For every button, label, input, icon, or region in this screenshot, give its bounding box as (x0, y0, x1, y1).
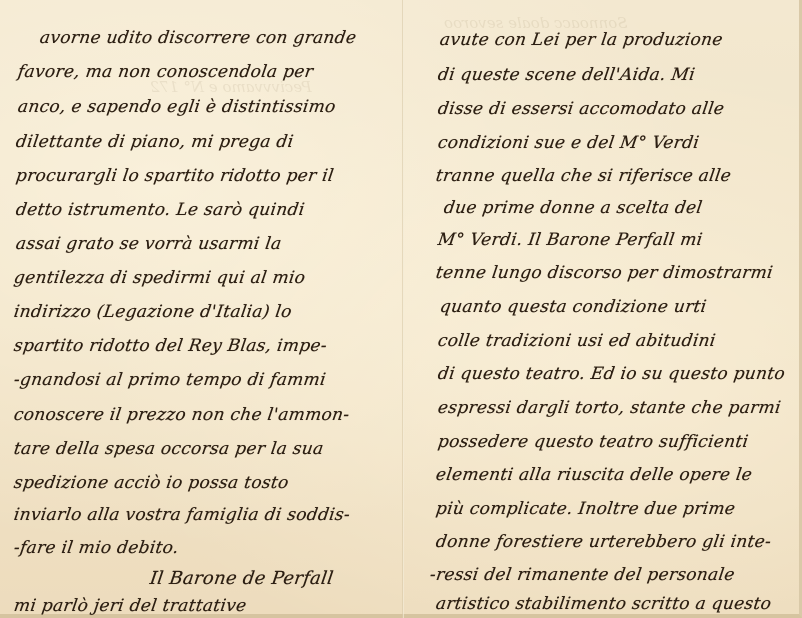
handwritten-line: inviarlo alla vostra famiglia di soddis- (13, 505, 352, 525)
handwritten-line: -gnandosi al primo tempo di fammi (13, 370, 328, 390)
handwritten-line: artistico stabilimento scritto a questo (435, 594, 773, 614)
handwritten-line: quanto questa condizione urti (439, 297, 708, 317)
handwritten-line: avute con Lei per la produzione (439, 30, 725, 50)
letter-sheet: Pecivvvamo e N° 172 avorne udito discorr… (0, 0, 802, 618)
handwritten-line: spartito ridotto del Rey Blas, impe- (13, 336, 329, 356)
handwritten-line: colle tradizioni usi ed abitudini (437, 331, 717, 351)
handwritten-line: avorne udito discorrere con grande (39, 28, 358, 48)
handwritten-line: assai grato se vorrà usarmi la (15, 234, 283, 254)
handwritten-line: espressi dargli torto, stante che parmi (437, 398, 783, 418)
handwritten-line: mi parlò jeri del trattative (13, 596, 248, 616)
handwritten-line: favore, ma non conoscendola per (17, 62, 315, 82)
handwritten-line: gentilezza di spedirmi qui al mio (13, 268, 307, 288)
handwritten-line: disse di essersi accomodato alle (437, 99, 726, 119)
right-page: Sonnoacc doale sevoroo avute con Lei per… (404, 0, 802, 618)
handwritten-line: conoscere il prezzo non che l'ammon- (13, 405, 351, 425)
handwritten-line: tranne quella che si riferisce alle (435, 166, 733, 186)
handwritten-line: di queste scene dell'Aida. Mi (437, 65, 697, 85)
handwritten-line: tare della spesa occorsa per la sua (13, 439, 325, 459)
handwritten-line: condizioni sue e del M° Verdi (437, 133, 701, 153)
handwritten-line: detto istrumento. Le sarò quindi (15, 200, 306, 220)
handwritten-line: M° Verdi. Il Barone Perfall mi (437, 230, 704, 250)
handwritten-line: dilettante di piano, mi prega di (15, 132, 295, 152)
handwritten-line: -fare il mio debito. (13, 538, 180, 558)
handwritten-line: indirizzo (Legazione d'Italia) lo (13, 302, 294, 322)
handwritten-line: elementi alla riuscita delle opere le (435, 465, 754, 485)
handwritten-line: -ressi del rimanente del personale (429, 565, 736, 585)
handwritten-line: possedere questo teatro sufficienti (437, 432, 750, 452)
handwritten-line: due prime donne a scelta del (443, 198, 704, 218)
handwritten-line: spedizione acciò io possa tosto (13, 473, 290, 493)
handwritten-line: tenne lungo discorso per dimostrarmi (435, 263, 775, 283)
handwritten-line: procurargli lo spartito ridotto per il (15, 166, 335, 186)
left-page: Pecivvvamo e N° 172 avorne udito discorr… (0, 0, 400, 618)
handwritten-line: donne forestiere urterebbero gli inte- (435, 532, 773, 552)
handwritten-line: di questo teatro. Ed io su questo punto (437, 364, 787, 384)
handwritten-line: anco, e sapendo egli è distintissimo (17, 97, 337, 117)
signature-line: Il Barone de Perfall (149, 568, 335, 589)
handwritten-line: più complicate. Inoltre due prime (435, 499, 737, 519)
